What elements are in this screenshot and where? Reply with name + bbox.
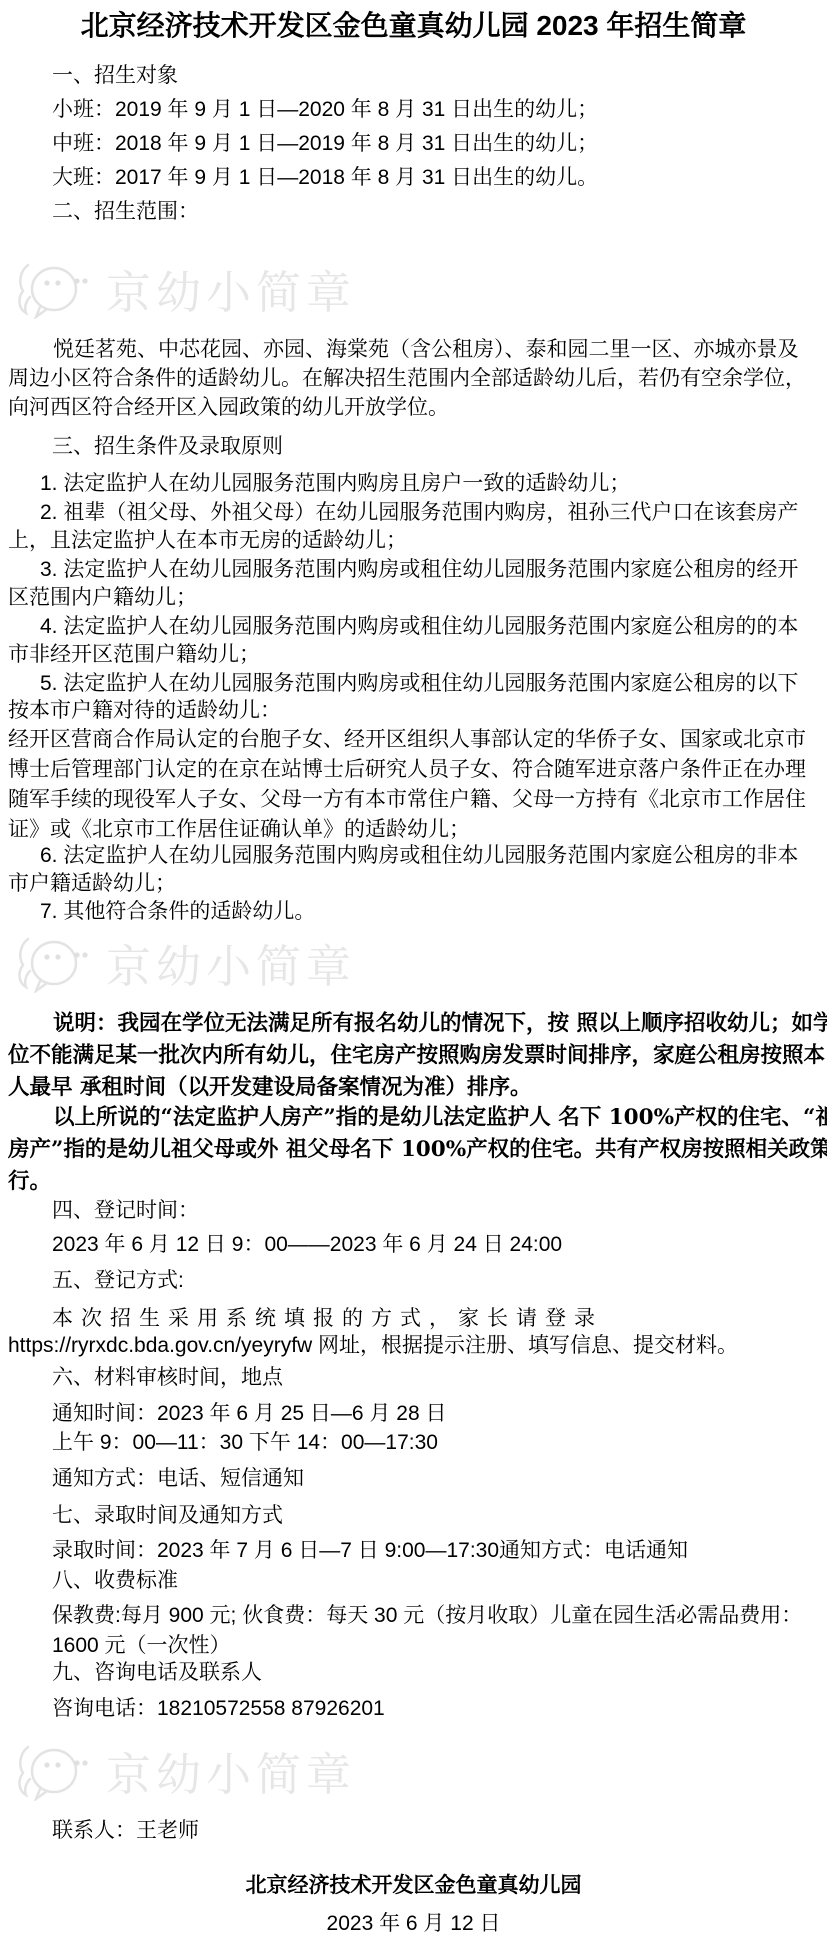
- registration-url-line: https://ryrxdc.bda.gov.cn/yeyryfw 网址，根据提…: [8, 1332, 738, 1360]
- registration-time-line: 2023 年 6 月 12 日 9：00——2023 年 6 月 24 日 24…: [52, 1231, 562, 1259]
- registration-method-line: 本次招生采用系统填报的方式，家长请登录: [52, 1305, 603, 1333]
- notice-method-line: 通知方式：电话、短信通知: [52, 1465, 304, 1493]
- note-line: 位不能满足某一批次内所有幼儿，住宅房产按照购房发票时间排序，家庭公租房按照本: [8, 1042, 825, 1070]
- condition-item-line: 市户籍适龄幼儿；: [8, 870, 176, 898]
- condition-item-line: 市非经开区范围户籍幼儿；: [8, 641, 260, 669]
- note-line: 以上所说的“法定监护人房产”指的是幼儿法定监护人 名下 100%产权的住宅、“祖…: [53, 1104, 827, 1132]
- section-3-heading: 三、招生条件及录取原则: [52, 433, 283, 461]
- note-line: 人最早 承租时间（以开发建设局备案情况为准）排序。: [8, 1074, 532, 1102]
- wechat-icon: [14, 933, 90, 993]
- section-4-heading: 四、登记时间：: [52, 1197, 199, 1225]
- wechat-icon: [14, 259, 90, 319]
- condition-item-line: 6. 法定监护人在幼儿园服务范围内购房或租住幼儿园服务范围内家庭公租房的非本: [40, 842, 798, 870]
- section-5-heading: 五、登记方式:: [52, 1267, 184, 1295]
- body-line-class-middle: 中班：2018 年 9 月 1 日—2019 年 8 月 31 日出生的幼儿；: [52, 130, 598, 158]
- condition-detail-line: 随军手续的现役军人子女、父母一方有本市常住户籍、父母一方持有《北京市工作居住: [8, 786, 806, 814]
- section-9-heading: 九、咨询电话及联系人: [52, 1659, 262, 1687]
- wechat-icon: [14, 1741, 90, 1801]
- note-line: 行。: [8, 1168, 51, 1196]
- condition-item-line: 2. 祖辈（祖父母、外祖父母）在幼儿园服务范围内购房，祖孙三代户口在该套房产: [40, 499, 798, 527]
- note-line: 说明：我园在学位无法满足所有报名幼儿的情况下，按 照以上顺序招收幼儿；如学: [53, 1010, 827, 1038]
- watermark: 京幼小简章: [14, 930, 356, 995]
- condition-item-line: 1. 法定监护人在幼儿园服务范围内购房且房户一致的适龄幼儿；: [40, 470, 630, 498]
- condition-item-line: 4. 法定监护人在幼儿园服务范围内购房或租住幼儿园服务范围内家庭公租房的的本: [40, 613, 798, 641]
- condition-item-line: 3. 法定监护人在幼儿园服务范围内购房或租住幼儿园服务范围内家庭公租房的经开: [40, 556, 798, 584]
- scope-paragraph-line: 悦廷茗苑、中芯花园、亦园、海棠苑（含公租房）、泰和园二里一区、亦城亦景及: [53, 336, 799, 364]
- note-line: 房产”指的是幼儿祖父母或外 祖父母名下 100%产权的住宅。共有产权房按照相关政…: [8, 1136, 827, 1164]
- section-2-heading: 二、招生范围：: [52, 198, 199, 226]
- fee-line: 保教费:每月 900 元; 伙食费：每天 30 元（按月收取）儿童在园生活必需品…: [52, 1602, 802, 1630]
- doc-title: 北京经济技术开发区金色童真幼儿园 2023 年招生简章: [0, 6, 827, 46]
- watermark: 京幼小简章: [14, 1738, 356, 1803]
- footer-date: 2023 年 6 月 12 日: [0, 1910, 827, 1938]
- condition-detail-line: 经开区营商合作局认定的台胞子女、经开区组织人事部认定的华侨子女、国家或北京市: [8, 726, 806, 754]
- fee-line: 1600 元（一次性）: [52, 1632, 231, 1660]
- section-8-heading: 八、收费标准: [52, 1567, 178, 1595]
- scope-paragraph-line: 向河西区符合经开区入园政策的幼儿开放学位。: [8, 394, 449, 422]
- notice-time-line: 通知时间：2023 年 6 月 25 日—6 月 28 日: [52, 1400, 446, 1428]
- document-page: 北京经济技术开发区金色童真幼儿园 2023 年招生简章 一、招生对象 小班：20…: [0, 0, 827, 1938]
- condition-item-line: 区范围内户籍幼儿；: [8, 584, 197, 612]
- condition-item-line: 按本市户籍对待的适龄幼儿：: [8, 697, 281, 725]
- watermark-label: 京幼小简章: [106, 930, 356, 995]
- contact-line: 联系人：王老师: [52, 1817, 199, 1845]
- condition-detail-line: 证》或《北京市工作居住证确认单》的适龄幼儿；: [8, 816, 470, 844]
- watermark-label: 京幼小简章: [106, 1738, 356, 1803]
- section-1-heading: 一、招生对象: [52, 62, 178, 90]
- condition-item-line: 5. 法定监护人在幼儿园服务范围内购房或租住幼儿园服务范围内家庭公租房的以下: [40, 670, 798, 698]
- admission-time-line: 录取时间：2023 年 7 月 6 日—7 日 9:00—17:30通知方式：电…: [52, 1537, 688, 1565]
- watermark-label: 京幼小简章: [106, 256, 356, 321]
- footer-org: 北京经济技术开发区金色童真幼儿园: [0, 1872, 827, 1900]
- section-6-heading: 六、材料审核时间，地点: [52, 1364, 283, 1392]
- watermark: 京幼小简章: [14, 256, 356, 321]
- notice-hours-line: 上午 9：00—11：30 下午 14：00—17:30: [52, 1429, 438, 1457]
- phone-line: 咨询电话：18210572558 87926201: [52, 1695, 385, 1723]
- condition-item-line: 7. 其他符合条件的适龄幼儿。: [40, 898, 315, 926]
- scope-paragraph-line: 周边小区符合条件的适龄幼儿。在解决招生范围内全部适龄幼儿后，若仍有空余学位，: [8, 365, 806, 393]
- body-line-class-senior: 大班：2017 年 9 月 1 日—2018 年 8 月 31 日出生的幼儿。: [52, 164, 598, 192]
- section-7-heading: 七、录取时间及通知方式: [52, 1502, 283, 1530]
- body-line-class-junior: 小班：2019 年 9 月 1 日—2020 年 8 月 31 日出生的幼儿；: [52, 96, 598, 124]
- condition-item-line: 上，且法定监护人在本市无房的适龄幼儿；: [8, 527, 407, 555]
- condition-detail-line: 博士后管理部门认定的在京在站博士后研究人员子女、符合随军进京落户条件正在办理: [8, 756, 806, 784]
